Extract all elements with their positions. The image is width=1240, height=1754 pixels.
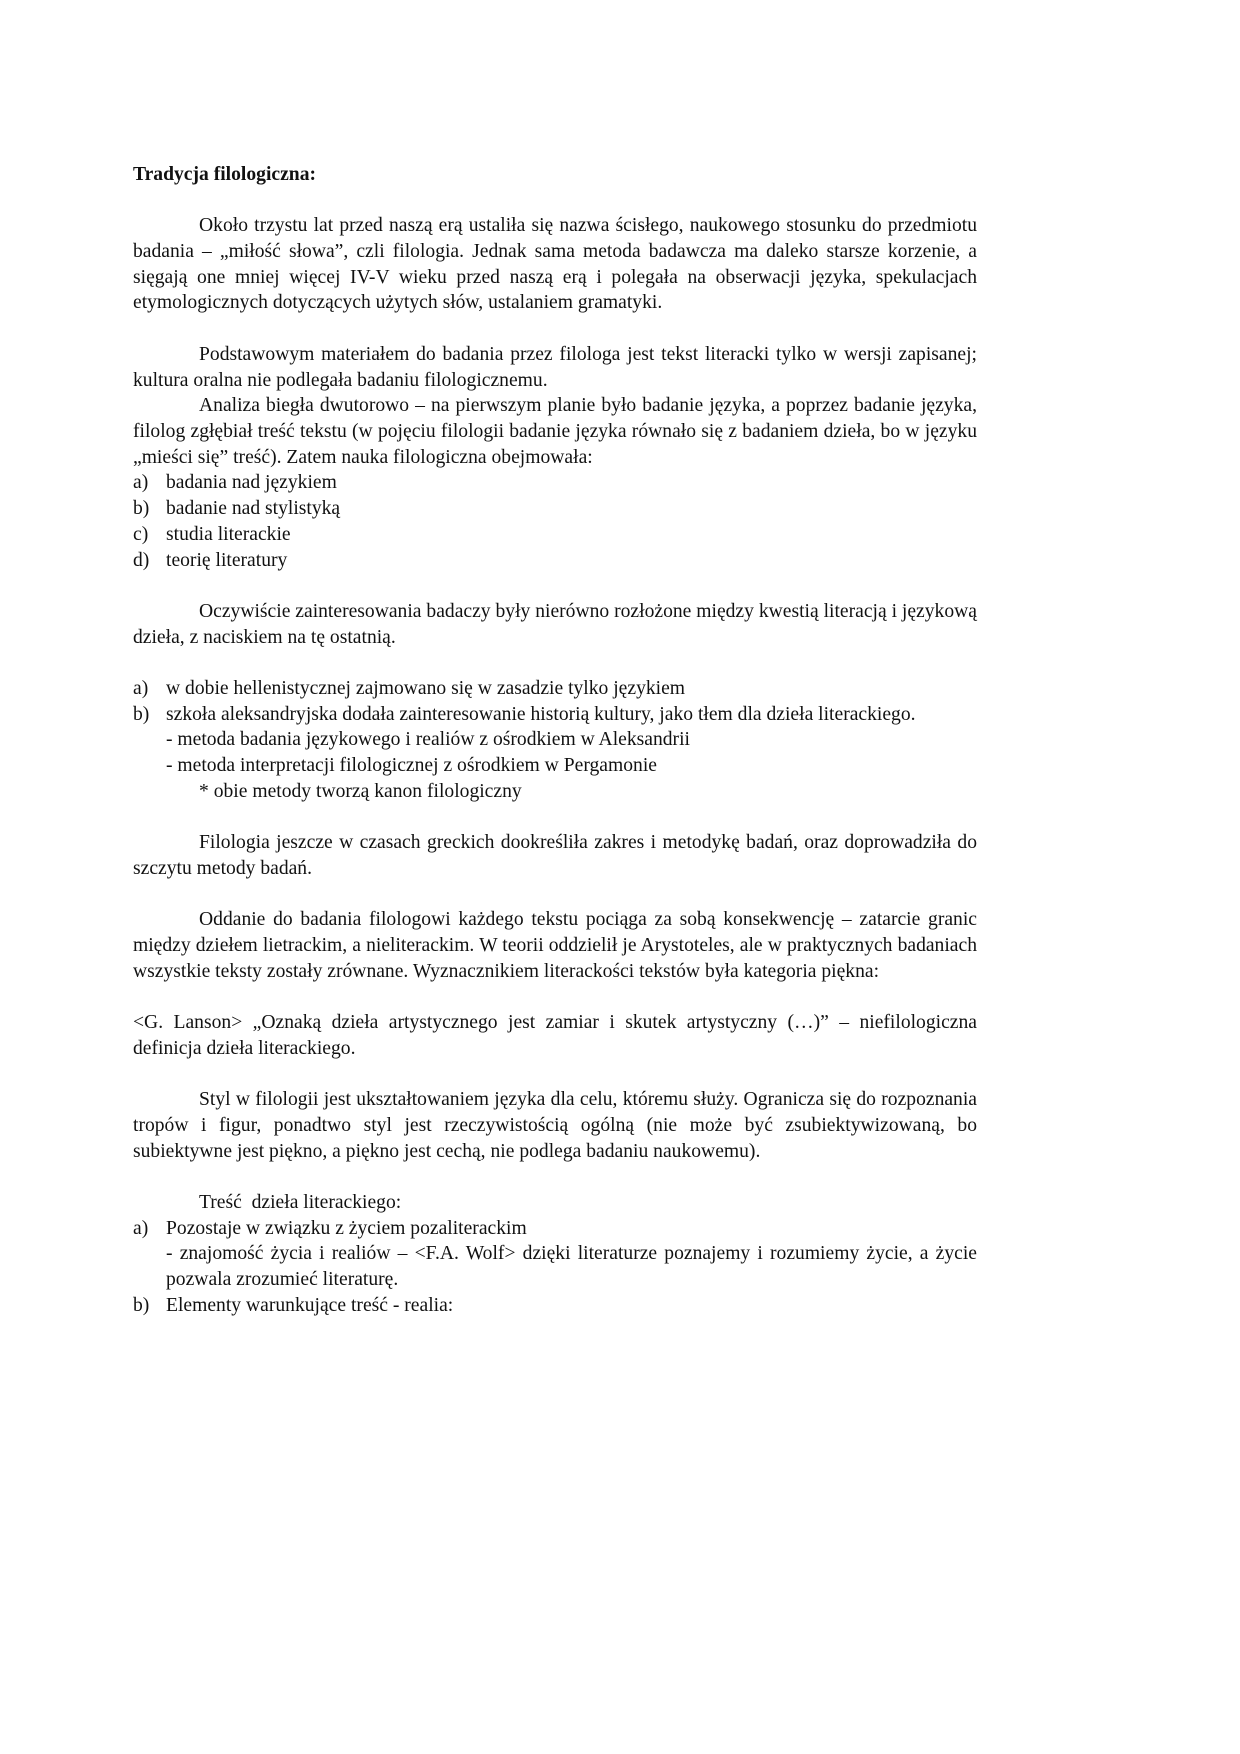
list-item-text: studia literackie — [166, 524, 291, 545]
list-item-text: w dobie hellenistycznej zajmowano się w … — [166, 678, 685, 699]
paragraph-consequence: Oddanie do badania filologowi każdego te… — [133, 907, 977, 984]
list-item: d)teorię literatury — [133, 548, 977, 574]
list-philology-scope: a)badania nad językiem b)badanie nad sty… — [133, 470, 977, 573]
paragraph-lanson-quote: <G. Lanson> „Oznaką dzieła artystycznego… — [133, 1010, 977, 1061]
paragraph-content-heading: Treść dzieła literackiego: — [133, 1190, 977, 1216]
document-page: Tradycja filologiczna: Około trzystu lat… — [133, 162, 977, 1318]
list-item: b)badanie nad stylistyką — [133, 496, 977, 522]
paragraph-style: Styl w filologii jest ukształtowaniem ję… — [133, 1087, 977, 1164]
list-item-text: szkoła aleksandryjska dodała zainteresow… — [166, 704, 916, 725]
paragraph-greek-times: Filologia jeszcze w czasach greckich doo… — [133, 830, 977, 881]
list-marker: d) — [133, 548, 149, 574]
list-item: a)Pozostaje w związku z życiem pozaliter… — [133, 1216, 977, 1242]
list-marker: a) — [133, 470, 148, 496]
list-item: b)Elementy warunkujące treść - realia: — [133, 1293, 977, 1319]
list-marker: b) — [133, 496, 149, 522]
list-item-text: Pozostaje w związku z życiem pozaliterac… — [166, 1218, 527, 1239]
paragraph-interests: Oczywiście zainteresowania badaczy były … — [133, 599, 977, 650]
list-item: a)badania nad językiem — [133, 470, 977, 496]
list-content: a)Pozostaje w związku z życiem pozaliter… — [133, 1216, 977, 1319]
list-schools: a)w dobie hellenistycznej zajmowano się … — [133, 676, 977, 805]
list-marker: b) — [133, 702, 149, 728]
paragraph-material: Podstawowym materiałem do badania przez … — [133, 342, 977, 393]
list-marker: c) — [133, 522, 148, 548]
list-marker: a) — [133, 676, 148, 702]
list-marker: a) — [133, 1216, 148, 1242]
list-item-text: Elementy warunkujące treść - realia: — [166, 1295, 453, 1316]
paragraph-analysis: Analiza biegła dwutorowo – na pierwszym … — [133, 393, 977, 470]
list-item-text: badanie nad stylistyką — [166, 498, 340, 519]
note-item: * obie metody tworzą kanon filologiczny — [133, 779, 977, 805]
list-item: a)w dobie hellenistycznej zajmowano się … — [133, 676, 977, 702]
list-item: c)studia literackie — [133, 522, 977, 548]
sub-item: - metoda interpretacji filologicznej z o… — [133, 753, 977, 779]
list-item-text: teorię literatury — [166, 550, 287, 571]
paragraph-origins: Około trzystu lat przed naszą erą ustali… — [133, 213, 977, 316]
document-title: Tradycja filologiczna: — [133, 162, 977, 188]
sub-item: - metoda badania językowego i realiów z … — [133, 727, 977, 753]
list-item-text: badania nad językiem — [166, 472, 337, 493]
sub-item: - znajomość życia i realiów – <F.A. Wolf… — [133, 1241, 977, 1292]
list-item: b)szkoła aleksandryjska dodała zainteres… — [133, 702, 977, 728]
list-marker: b) — [133, 1293, 149, 1319]
